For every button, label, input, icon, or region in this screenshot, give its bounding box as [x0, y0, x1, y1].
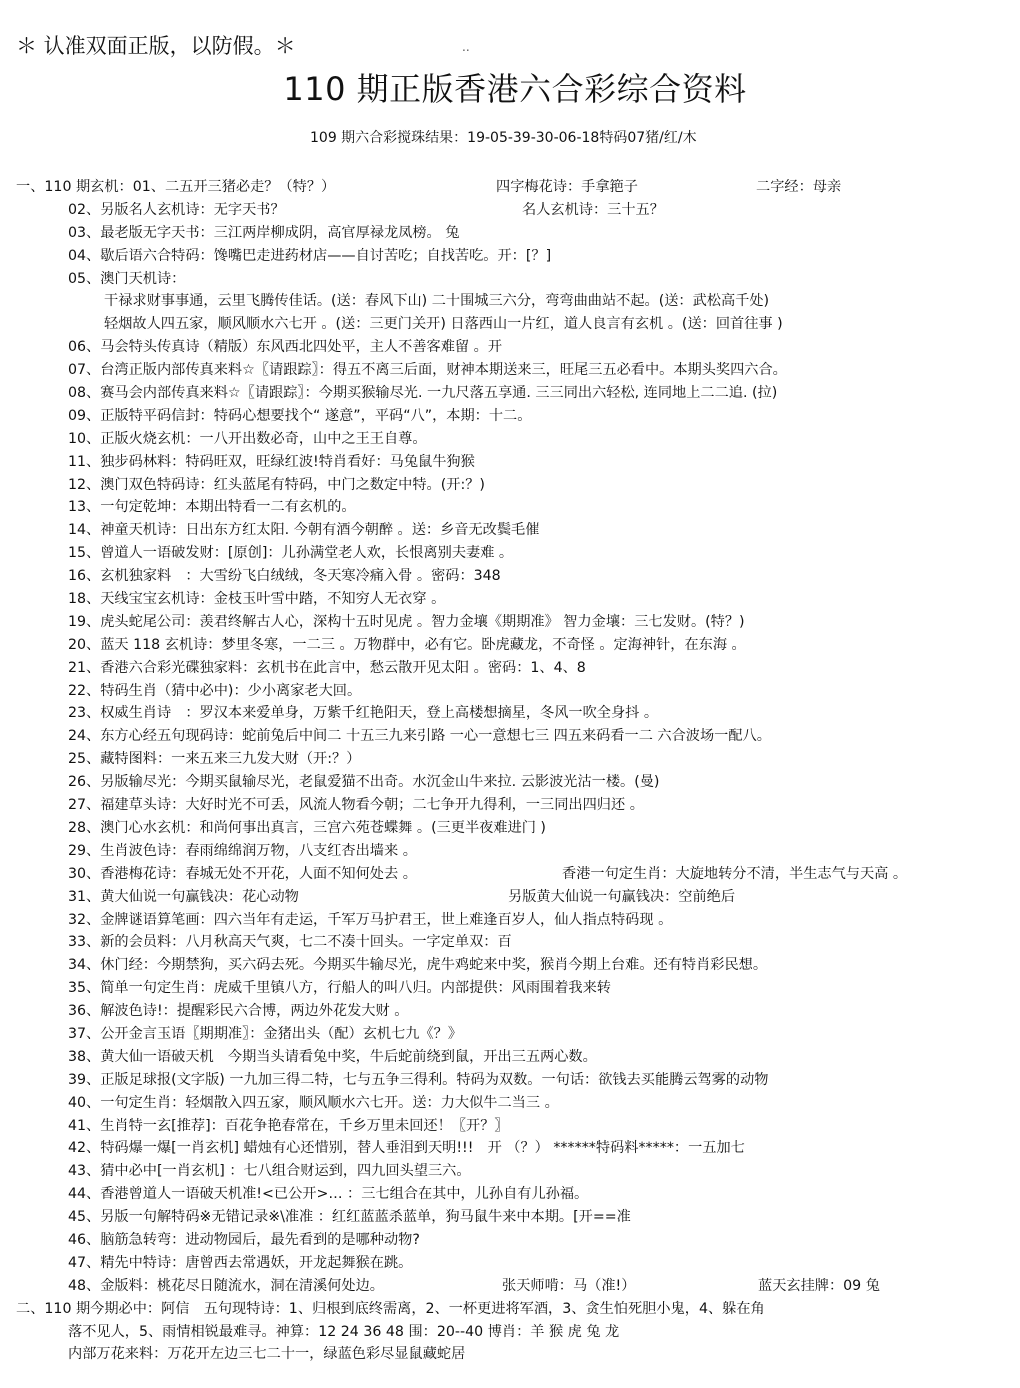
list-item: 35、简单一句定生肖：虎威千里镇八方，行船人的叫八归。内部提供：风雨围着我来转 [16, 977, 1016, 1000]
anti-counterfeit-notice: ＊ 认准双面正版，以防假。＊ [16, 30, 296, 60]
list-item: 03、最老版无字天书：三江两岸柳成阴，高官厚禄龙凤榜。 兔 [16, 222, 1016, 245]
column-3: 蓝天玄挂牌：09 兔 [758, 1275, 880, 1298]
list-item: 32、金牌谜语算笔画：四六当年有走运，千军万马护君王，世上难逢百岁人，仙人指点特… [16, 909, 1016, 932]
decorative-dots: .. [462, 40, 470, 54]
list-item: 11、独步码林料：特码旺双，旺绿红波!特肖看好：马兔鼠牛狗猴 [16, 451, 1016, 474]
list-item: 22、特码生肖（猜中必中)：少小离家老大回。 [16, 680, 1016, 703]
section-marker: 一、 [16, 179, 44, 195]
section-2-line-1: 二、110 期今期必中：阿信 五句现特诗：1、归根到底终需离，2、一杯更进将军酒… [16, 1298, 1016, 1321]
list-item: 07、台湾正版内部传真来料☆〖请跟踪〗：得五不离三后面，财神本期送来三，旺尾三五… [16, 359, 1016, 382]
line-text: 48、金版料：桃花尽日随流水，洞在清溪何处边。 [68, 1278, 384, 1294]
list-item: 47、精先中特诗：唐曾西去常遇妖，开龙起舞猴在跳。 [16, 1252, 1016, 1275]
list-item: 05、澳门天机诗： [16, 268, 1016, 291]
section-2-line-3: 内部万花来料：万花开左边三七二十一，绿蓝色彩尽显鼠藏蛇居 [16, 1343, 1016, 1366]
section-1-line-01: 一、110 期玄机：01、二五开三猪必走？（特？） 四字梅花诗：手拿筢子 二字经… [16, 176, 1016, 199]
list-item: 38、黄大仙一语破天机 今期当头请看兔中奖，牛后蛇前绕到鼠，开出三五两心数。 [16, 1046, 1016, 1069]
list-item: 16、玄机独家料 ：大雪纷飞白绒绒，冬天寒冷痛入骨 。密码：348 [16, 565, 1016, 588]
section-marker: 二、 [16, 1301, 44, 1317]
poem-line: 干禄求财事事通，云里飞腾传佳话。(送：春风下山) 二十围城三六分，弯弯曲曲站不起… [16, 290, 1016, 313]
list-item: 19、虎头蛇尾公司：羡君终解古人心，深构十五时见虎 。智力金壤《期期准》 智力金… [16, 611, 1016, 634]
previous-draw-result: 109 期六合彩搅珠结果：19-05-39-30-06-18特码07猪/红/木 [310, 127, 697, 147]
list-item: 24、东方心经五句现码诗：蛇前兔后中间二 十五三九来引路 一心一意想七三 四五来… [16, 725, 1016, 748]
page-title: 110 期正版香港六合彩综合资料 [0, 64, 1020, 110]
list-item: 26、另版输尽光：今期买鼠输尽光，老鼠爱猫不出奇。水沉金山牛来拉. 云影波光沽一… [16, 771, 1016, 794]
list-item: 45、另版一句解特码※无错记录※\准准 ：红红蓝蓝杀蓝单，狗马鼠牛来中本期。[开… [16, 1206, 1016, 1229]
list-item: 18、天线宝宝玄机诗：金枝玉叶雪中踏，不知穷人无衣穿 。 [16, 588, 1016, 611]
list-item: 43、猜中必中[一肖玄机] ：七八组合财运到，四九回头望三六。 [16, 1160, 1016, 1183]
list-item: 44、香港曾道人一语破天机准!<已公开>… ：三七组合在其中，儿孙自有儿孙福。 [16, 1183, 1016, 1206]
list-item: 42、特码爆一爆[一肖玄机] 蜡烛有心还惜别，替人垂泪到天明!!! 开 （？） … [16, 1137, 1016, 1160]
list-item: 09、正版特平码信封：特码心想要找个“ 遂意”，平码“八”，本期：十二。 [16, 405, 1016, 428]
poem-line: 轻烟故人四五家，顺风顺水六七开 。(送：三更门关开) 日落西山一片红，道人良言有… [16, 313, 1016, 336]
list-item: 28、澳门心水玄机：和尚何事出真言，三宫六苑苍蝶舞 。(三更半夜难进门 ) [16, 817, 1016, 840]
list-item: 46、脑筋急转弯：进动物园后，最先看到的是哪种动物? [16, 1229, 1016, 1252]
line-text: 02、另版名人玄机诗：无字天书？ [68, 202, 285, 218]
list-item: 37、公开金言玉语〖期期准〗：金猪出头（配）玄机七九《？》 [16, 1023, 1016, 1046]
section-1-line-30: 30、香港梅花诗：春城无处不开花，人面不知何处去 。 香港一句定生肖：大旋地转分… [16, 863, 1016, 886]
column-2: 四字梅花诗：手拿筢子 [496, 176, 638, 199]
document-body: 一、110 期玄机：01、二五开三猪必走？（特？） 四字梅花诗：手拿筢子 二字经… [16, 176, 1016, 1366]
list-item: 33、新的会员料：八月秋高天气爽，七二不凑十回头。一字定单双：百 [16, 931, 1016, 954]
column-3: 二字经：母亲 [756, 176, 841, 199]
list-item: 41、生肖特一玄[推荐]：百花争艳春常在，千乡万里未回还！〖开？〗 [16, 1115, 1016, 1138]
list-item: 06、马会特头传真诗（精版）东风西北四处平，主人不善客难留 。开 [16, 336, 1016, 359]
line-text: 110 期今期必中：阿信 五句现特诗：1、归根到底终需离，2、一杯更进将军酒，3… [44, 1301, 764, 1317]
list-item: 40、一句定生肖：轻烟散入四五家，顺风顺水六七开。送：力大似牛二当三 。 [16, 1092, 1016, 1115]
list-item: 27、福建草头诗：大好时光不可丢，风流人物看今朝；二七争开九得利，一三同出四归还… [16, 794, 1016, 817]
list-item: 39、正版足球报(文字版) 一九加三得二特，七与五争三得利。特码为双数。一句话：… [16, 1069, 1016, 1092]
list-item: 34、休门经：今期禁狗，买六码去死。今期买牛输尽光，虎牛鸡蛇来中奖，猴肖今期上台… [16, 954, 1016, 977]
line-text: 31、黄大仙说一句赢钱决：花心动物 [68, 889, 299, 905]
section-1-line-31: 31、黄大仙说一句赢钱决：花心动物 另版黄大仙说一句赢钱决：空前绝后 [16, 886, 1016, 909]
list-item: 12、澳门双色特码诗：红头蓝尾有特码，中门之数定中特。(开:？) [16, 474, 1016, 497]
list-item: 25、藏特图料：一来五来三九发大财（开:？） [16, 748, 1016, 771]
list-item: 21、香港六合彩光碟独家料：玄机书在此言中，愁云散开见太阳 。密码：1、4、8 [16, 657, 1016, 680]
column-2: 另版黄大仙说一句赢钱决：空前绝后 [508, 886, 735, 909]
column-2: 张天师啃：马（准!） [502, 1275, 635, 1298]
line-text: 30、香港梅花诗：春城无处不开花，人面不知何处去 。 [68, 866, 417, 882]
list-item: 10、正版火烧玄机：一八开出数必奇，山中之王王自尊。 [16, 428, 1016, 451]
list-item: 14、神童天机诗：日出东方红太阳. 今朝有酒今朝醉 。送：乡音无改鬓毛催 [16, 519, 1016, 542]
list-item: 15、曾道人一语破发财：[原创]：儿孙满堂老人欢，长恨离别夫妻难 。 [16, 542, 1016, 565]
list-item: 08、赛马会内部传真来料☆〖请跟踪〗：今期买猴输尽光. 一九尺落五享通. 三三同… [16, 382, 1016, 405]
section-1-line-02: 02、另版名人玄机诗：无字天书？ 名人玄机诗：三十五？ [16, 199, 1016, 222]
list-item: 23、权威生肖诗 ：罗汉本来爱单身，万紫千红艳阳天，登上高楼想摘星，冬风一吹全身… [16, 702, 1016, 725]
section-2-line-2: 落不见人，5、雨情相锐最难寻。神算：12 24 36 48 围：20--40 博… [16, 1321, 1016, 1344]
list-item: 20、蓝天 118 玄机诗：梦里冬寒，一二三 。万物群中，必有它。卧虎藏龙，不奇… [16, 634, 1016, 657]
column-2: 名人玄机诗：三十五？ [522, 199, 664, 222]
line-text: 110 期玄机：01、二五开三猪必走？（特？） [44, 179, 335, 195]
section-1-line-48: 48、金版料：桃花尽日随流水，洞在清溪何处边。 张天师啃：马（准!） 蓝天玄挂牌… [16, 1275, 1016, 1298]
list-item: 13、一句定乾坤：本期出特看一二有玄机的。 [16, 496, 1016, 519]
list-item: 29、生肖波色诗：春雨绵绵润万物，八支红杏出墙来 。 [16, 840, 1016, 863]
column-2: 香港一句定生肖：大旋地转分不清，半生志气与天高 。 [562, 863, 907, 886]
list-item: 36、解波色诗!：提醒彩民六合博，两边外花发大财 。 [16, 1000, 1016, 1023]
list-item: 04、歇后语六合特码：馋嘴巴走进药材店——自讨苦吃；自找苦吃。开：[？] [16, 245, 1016, 268]
